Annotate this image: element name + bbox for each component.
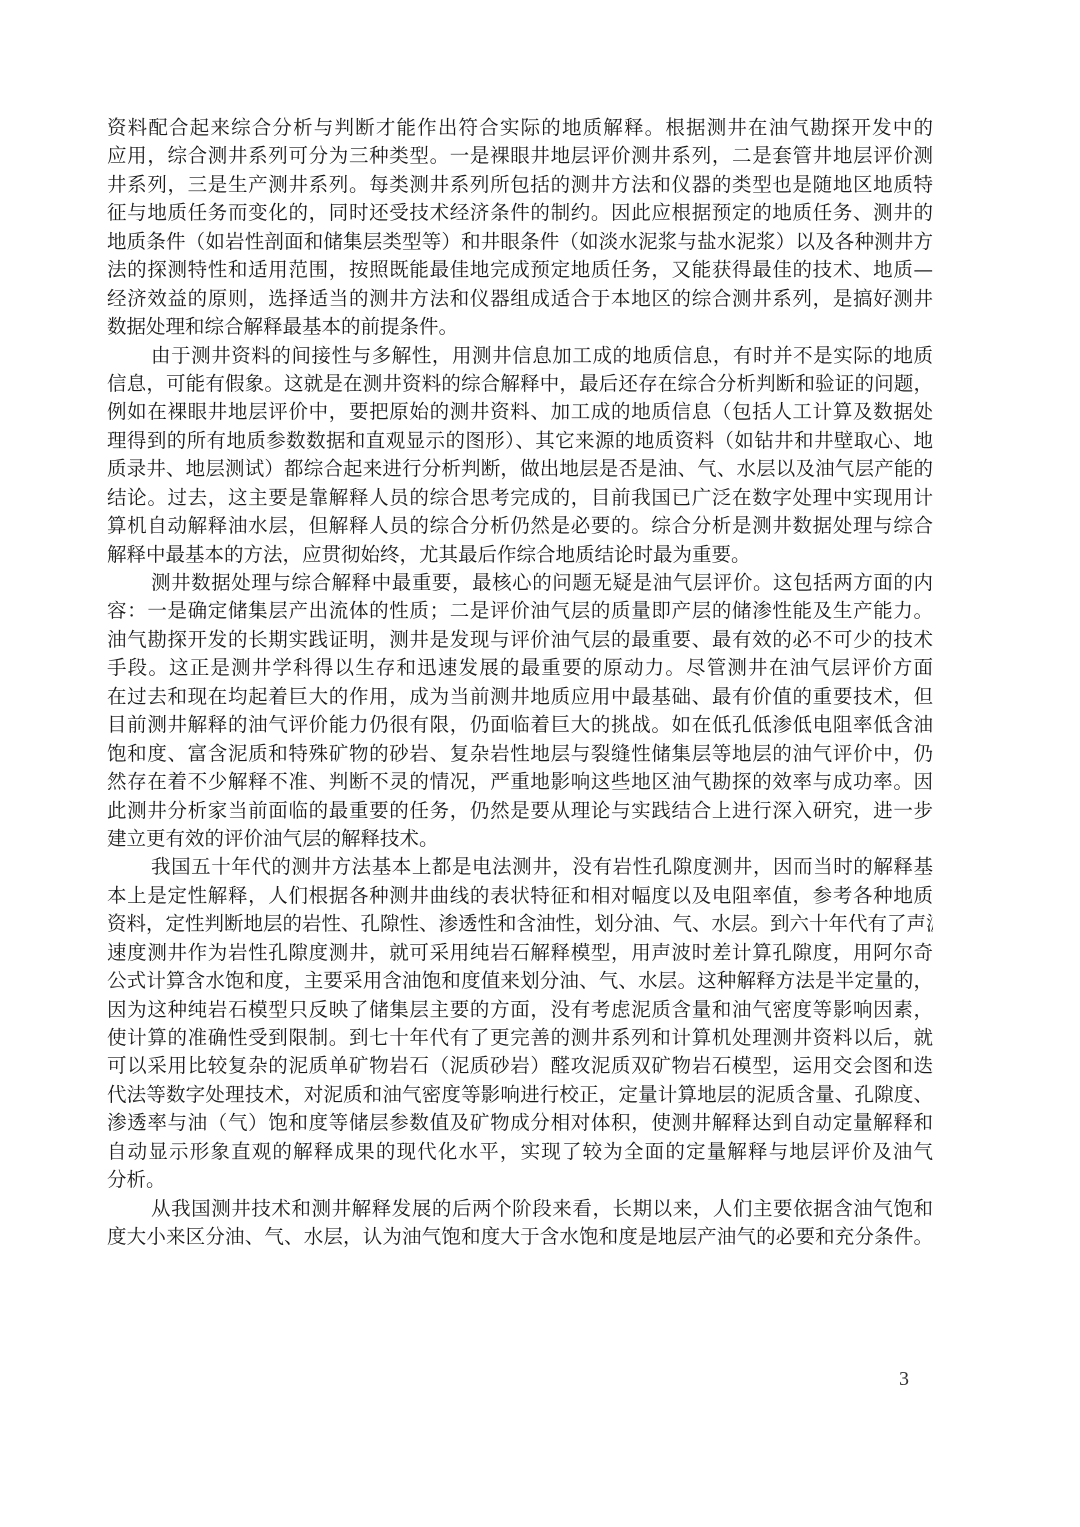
text-line: 分析。 [107, 1166, 933, 1194]
text-line: 使计算的准确性受到限制。到七十年代有了更完善的测井系列和计算机处理测井资料以后，… [107, 1024, 933, 1052]
text-line: 自动显示形象直观的解释成果的现代化水平，实现了较为全面的定量解释与地层评价及油气 [107, 1138, 933, 1166]
text-line: 公式计算含水饱和度，主要采用含油饱和度值来划分油、气、水层。这种解释方法是半定量… [107, 967, 933, 995]
text-line: 质录井、地层测试）都综合起来进行分析判断，做出地层是否是油、气、水层以及油气层产… [107, 455, 933, 483]
text-line: 理得到的所有地质参数数据和直观显示的图形）、其它来源的地质资料（如钻井和井壁取心… [107, 427, 933, 455]
text-line: 可以采用比较复杂的泥质单矿物岩石（泥质砂岩）醛攻泥质双矿物岩石模型，运用交会图和… [107, 1052, 933, 1080]
text-line: 征与地质任务而变化的，同时还受技术经济条件的制约。因此应根据预定的地质任务、测井… [107, 199, 933, 227]
text-line: 数据处理和综合解释最基本的前提条件。 [107, 313, 933, 341]
text-line: 井系列，三是生产测井系列。每类测井系列所包括的测井方法和仪器的类型也是随地区地质… [107, 171, 933, 199]
page-number: 3 [899, 1368, 909, 1391]
paragraph-1: 资料配合起来综合分析与判断才能作出符合实际的地质解释。根据测井在油气勘探开发中的… [107, 114, 933, 342]
text-line: 度大小来区分油、气、水层，认为油气饱和度大于含水饱和度是地层产油气的必要和充分条… [107, 1223, 933, 1251]
text-line: 信息，可能有假象。这就是在测井资料的综合解释中，最后还存在综合分析判断和验证的问… [107, 370, 933, 398]
text-line: 算机自动解释油水层，但解释人员的综合分析仍然是必要的。综合分析是测井数据处理与综… [107, 512, 933, 540]
text-line: 此测井分析家当前面临的最重要的任务，仍然是要从理论与实践结合上进行深入研究，进一… [107, 797, 933, 825]
text-line: 我国五十年代的测井方法基本上都是电法测井，没有岩性孔隙度测井，因而当时的解释基 [107, 853, 933, 881]
text-line: 例如在裸眼井地层评价中，要把原始的测井资料、加工成的地质信息（包括人工计算及数据… [107, 398, 933, 426]
text-line: 资料配合起来综合分析与判断才能作出符合实际的地质解释。根据测井在油气勘探开发中的 [107, 114, 933, 142]
text-line: 解释中最基本的方法，应贯彻始终，尤其最后作综合地质结论时最为重要。 [107, 541, 933, 569]
text-line: 建立更有效的评价油气层的解释技术。 [107, 825, 933, 853]
text-line: 测井数据处理与综合解释中最重要，最核心的问题无疑是油气层评价。这包括两方面的内 [107, 569, 933, 597]
text-line: 本上是定性解释，人们根据各种测井曲线的表状特征和相对幅度以及电阻率值，参考各种地… [107, 882, 933, 910]
text-line: 资料，定性判断地层的岩性、孔隙性、渗透性和含油性，划分油、气、水层。到六十年代有… [107, 910, 933, 938]
text-line: 由于测井资料的间接性与多解性，用测井信息加工成的地质信息，有时并不是实际的地质 [107, 342, 933, 370]
text-line: 手段。这正是测井学科得以生存和迅速发展的最重要的原动力。尽管测井在油气层评价方面 [107, 654, 933, 682]
text-line: 饱和度、富含泥质和特殊矿物的砂岩、复杂岩性地层与裂缝性储集层等地层的油气评价中，… [107, 740, 933, 768]
text-line: 法的探测特性和适用范围，按照既能最佳地完成预定地质任务，又能获得最佳的技术、地质… [107, 256, 933, 284]
text-line: 渗透率与油（气）饱和度等储层参数值及矿物成分相对体积，使测井解释达到自动定量解释… [107, 1109, 933, 1137]
paragraph-4: 我国五十年代的测井方法基本上都是电法测井，没有岩性孔隙度测井，因而当时的解释基 … [107, 853, 933, 1194]
text-line: 速度测井作为岩性孔隙度测井，就可采用纯岩石解释模型，用声波时差计算孔隙度，用阿尔… [107, 939, 933, 967]
text-line: 目前测井解释的油气评价能力仍很有限，仍面临着巨大的挑战。如在低孔低渗低电阻率低含… [107, 711, 933, 739]
text-line: 容：一是确定储集层产出流体的性质；二是评价油气层的质量即产层的储渗性能及生产能力… [107, 597, 933, 625]
paragraph-2: 由于测井资料的间接性与多解性，用测井信息加工成的地质信息，有时并不是实际的地质 … [107, 342, 933, 570]
text-line: 应用，综合测井系列可分为三种类型。一是裸眼井地层评价测井系列，二是套管井地层评价… [107, 142, 933, 170]
text-line: 然存在着不少解释不准、判断不灵的情况，严重地影响这些地区油气勘探的效率与成功率。… [107, 768, 933, 796]
document-page: 资料配合起来综合分析与判断才能作出符合实际的地质解释。根据测井在油气勘探开发中的… [107, 114, 933, 1252]
text-line: 结论。过去，这主要是靠解释人员的综合思考完成的，目前我国已广泛在数字处理中实现用… [107, 484, 933, 512]
text-line: 地质条件（如岩性剖面和储集层类型等）和井眼条件（如淡水泥浆与盐水泥浆）以及各种测… [107, 228, 933, 256]
text-line: 经济效益的原则，选择适当的测井方法和仪器组成适合于本地区的综合测井系列，是搞好测… [107, 285, 933, 313]
text-line: 油气勘探开发的长期实践证明，测井是发现与评价油气层的最重要、最有效的必不可少的技… [107, 626, 933, 654]
text-line: 代法等数字处理技术，对泥质和油气密度等影响进行校正，定量计算地层的泥质含量、孔隙… [107, 1081, 933, 1109]
text-line: 从我国测井技术和测井解释发展的后两个阶段来看，长期以来，人们主要依据含油气饱和 [107, 1195, 933, 1223]
text-line: 在过去和现在均起着巨大的作用，成为当前测井地质应用中最基础、最有价值的重要技术，… [107, 683, 933, 711]
text-line: 因为这种纯岩石模型只反映了储集层主要的方面，没有考虑泥质含量和油气密度等影响因素… [107, 996, 933, 1024]
paragraph-5: 从我国测井技术和测井解释发展的后两个阶段来看，长期以来，人们主要依据含油气饱和 … [107, 1195, 933, 1252]
paragraph-3: 测井数据处理与综合解释中最重要，最核心的问题无疑是油气层评价。这包括两方面的内 … [107, 569, 933, 853]
